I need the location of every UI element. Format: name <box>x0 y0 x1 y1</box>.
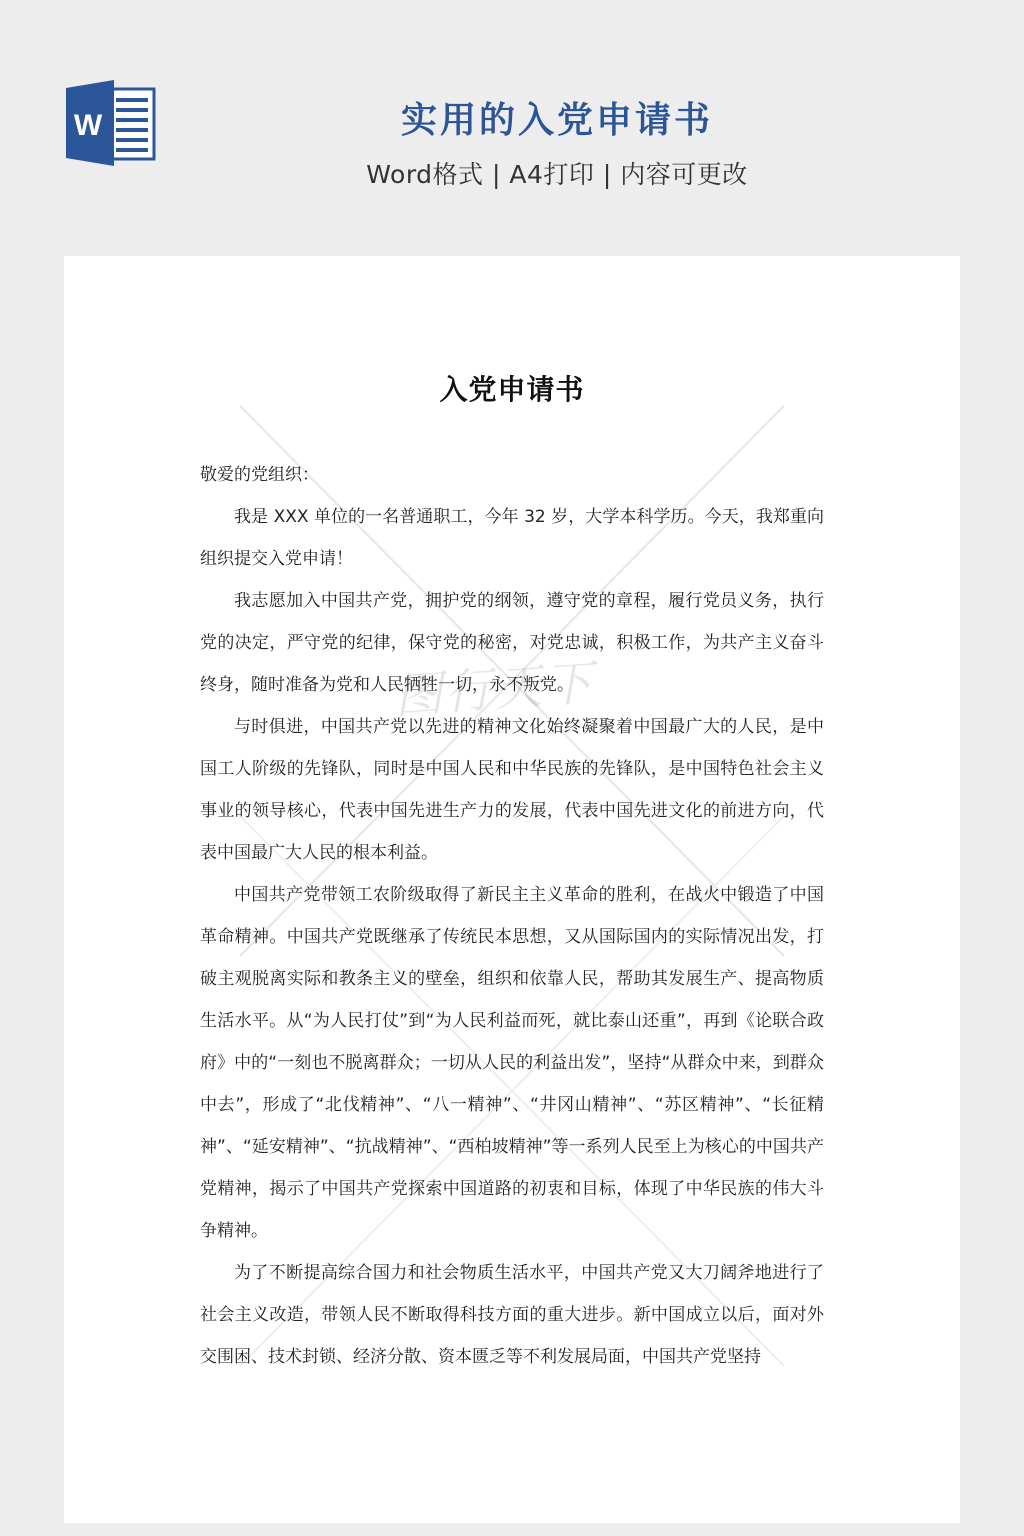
paragraph: 为了不断提高综合国力和社会物质生活水平，中国共产党又大刀阔斧地进行了社会主义改造… <box>200 1252 824 1378</box>
paragraph: 我是 XXX 单位的一名普通职工，今年 32 岁，大学本科学历。今天，我郑重向组… <box>200 496 824 580</box>
banner-title: 实用的入党申请书 <box>300 92 814 143</box>
salutation: 敬爱的党组织： <box>200 454 824 496</box>
document-body: 敬爱的党组织： 我是 XXX 单位的一名普通职工，今年 32 岁，大学本科学历。… <box>200 454 824 1378</box>
svg-text:W: W <box>74 109 103 142</box>
paragraph: 与时俱进，中国共产党以先进的精神文化始终凝聚着中国最广大的人民，是中国工人阶级的… <box>200 706 824 874</box>
word-icon: W <box>64 80 158 166</box>
document-title: 入党申请书 <box>64 368 960 408</box>
paragraph: 中国共产党带领工农阶级取得了新民主主义革命的胜利，在战火中锻造了中国革命精神。中… <box>200 874 824 1252</box>
paragraph: 我志愿加入中国共产党，拥护党的纲领，遵守党的章程，履行党员义务，执行党的决定，严… <box>200 580 824 706</box>
document-page: 图行天下 入党申请书 敬爱的党组织： 我是 XXX 单位的一名普通职工，今年 3… <box>64 256 960 1523</box>
banner-subtitle: Word格式 | A4打印 | 内容可更改 <box>300 155 814 191</box>
